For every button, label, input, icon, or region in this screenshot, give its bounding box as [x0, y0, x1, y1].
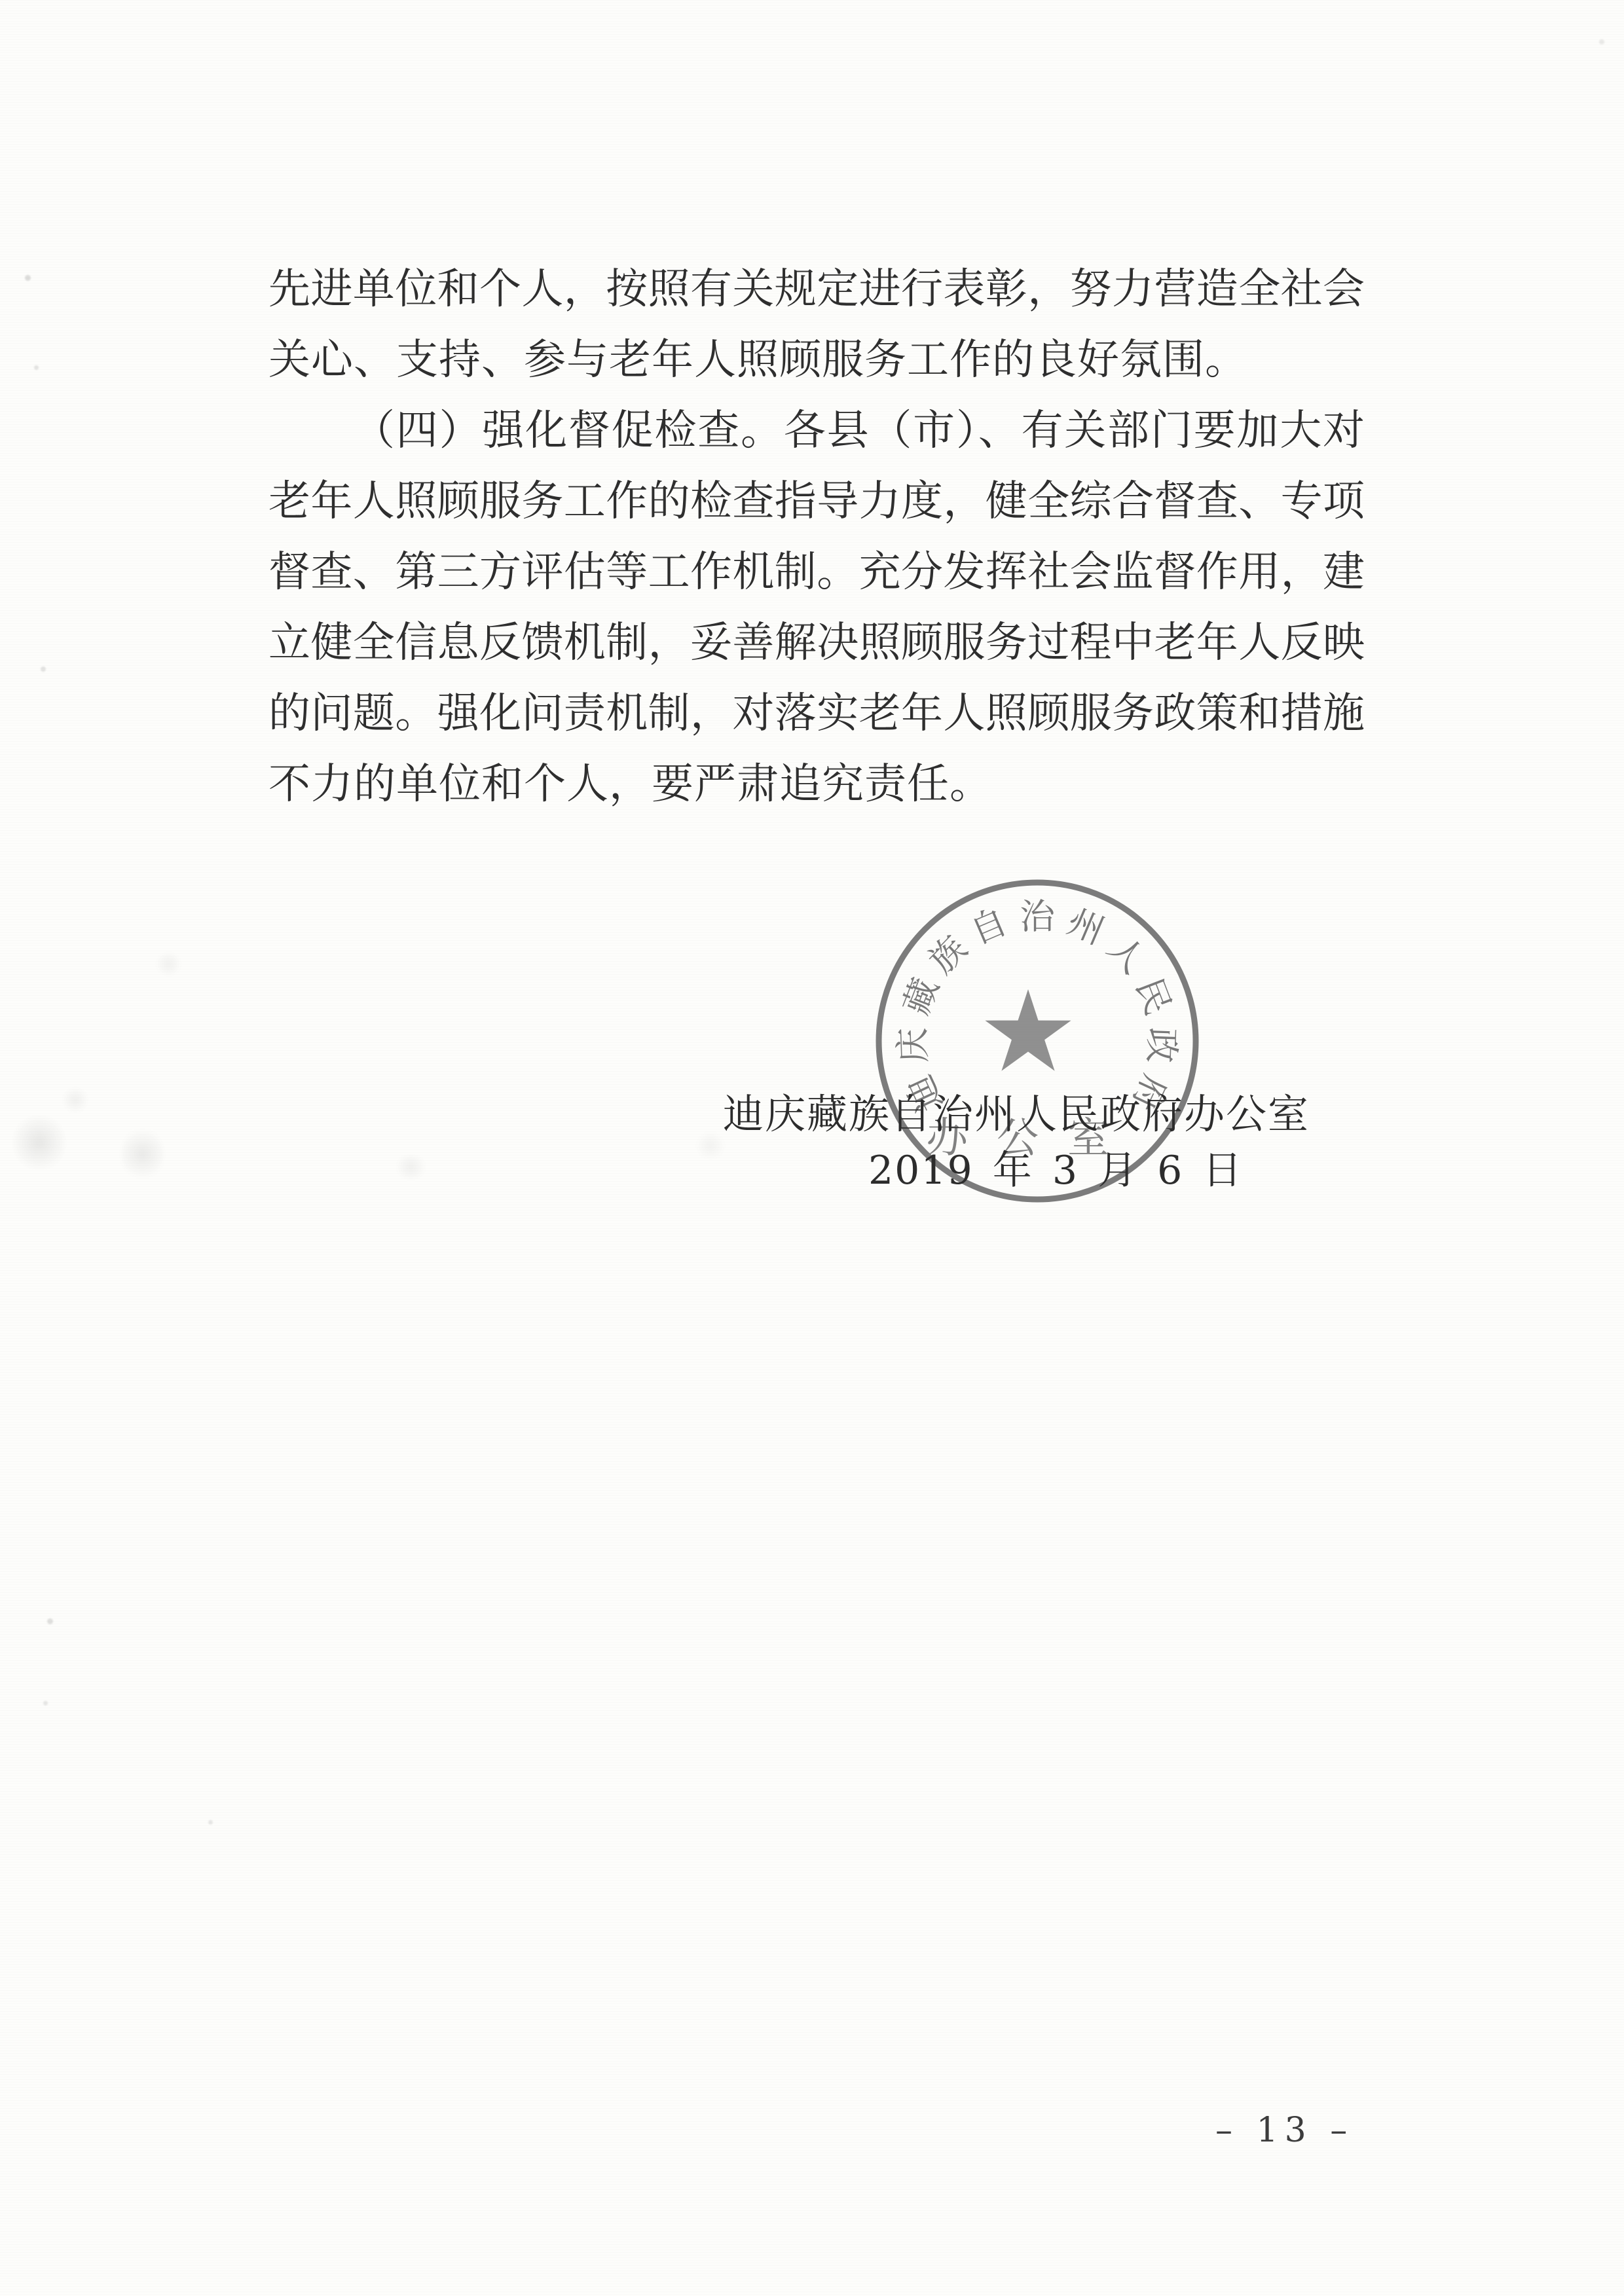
star-icon	[985, 989, 1071, 1071]
seal-ring-char: 庆	[892, 1027, 934, 1064]
scan-speck	[1599, 39, 1604, 45]
body-line: 老年人照顾服务工作的检查指导力度，健全综合督查、专项	[268, 466, 1365, 537]
seal-ring-char: 民	[1128, 972, 1179, 1020]
scan-smudge	[393, 1156, 429, 1178]
scan-speck	[41, 666, 46, 672]
seal-ring-char: 人	[1099, 928, 1154, 982]
scan-smudge	[121, 1126, 164, 1182]
seal-ring-char: 族	[921, 928, 975, 982]
page-number: – 13 –	[1215, 2111, 1354, 2150]
document-date: 2019 年 3 月 6 日	[868, 1139, 1243, 1195]
body-line: 立健全信息反馈机制，妥善解决照顾服务过程中老年人反映	[268, 608, 1365, 678]
seal-ring-char: 自	[965, 901, 1013, 953]
body-line: 的问题。强化问责机制，对落实老年人照顾服务政策和措施	[268, 678, 1365, 749]
scan-speck	[43, 1701, 48, 1705]
seal-ring-char: 治	[1020, 896, 1056, 938]
scan-smudge	[62, 1087, 88, 1113]
body-line: 不力的单位和个人，要严肃追究责任。	[268, 749, 1365, 820]
scan-smudge	[694, 1133, 727, 1159]
signature-line: 迪庆藏族自治州人民政府办公室	[723, 1082, 1310, 1140]
scan-speck	[34, 365, 39, 370]
scan-speck	[47, 1618, 53, 1624]
seal-ring-char: 政	[1140, 1027, 1183, 1064]
scan-speck	[208, 1820, 213, 1825]
scan-smudge	[13, 1113, 65, 1172]
body-line: 关心、支持、参与老年人照顾服务工作的良好氛围。	[268, 325, 1365, 395]
body-line: 督查、第三方评估等工作机制。充分发挥社会监督作用，建	[268, 537, 1365, 608]
document-page: 迪庆藏族自治州人民政府 办公室 先进单位和个人，按照有关规定进行表彰，努力营造全…	[0, 0, 1624, 2296]
seal-ring-char: 藏	[896, 972, 947, 1020]
scan-smudge	[154, 953, 183, 975]
body-text: 先进单位和个人，按照有关规定进行表彰，努力营造全社会 关心、支持、参与老年人照顾…	[268, 254, 1365, 820]
body-line: 先进单位和个人，按照有关规定进行表彰，努力营造全社会	[268, 254, 1365, 325]
seal-ring-char: 州	[1061, 901, 1110, 953]
body-line: （四）强化督促检查。各县（市）、有关部门要加大对	[268, 395, 1365, 466]
scan-speck	[25, 275, 31, 281]
